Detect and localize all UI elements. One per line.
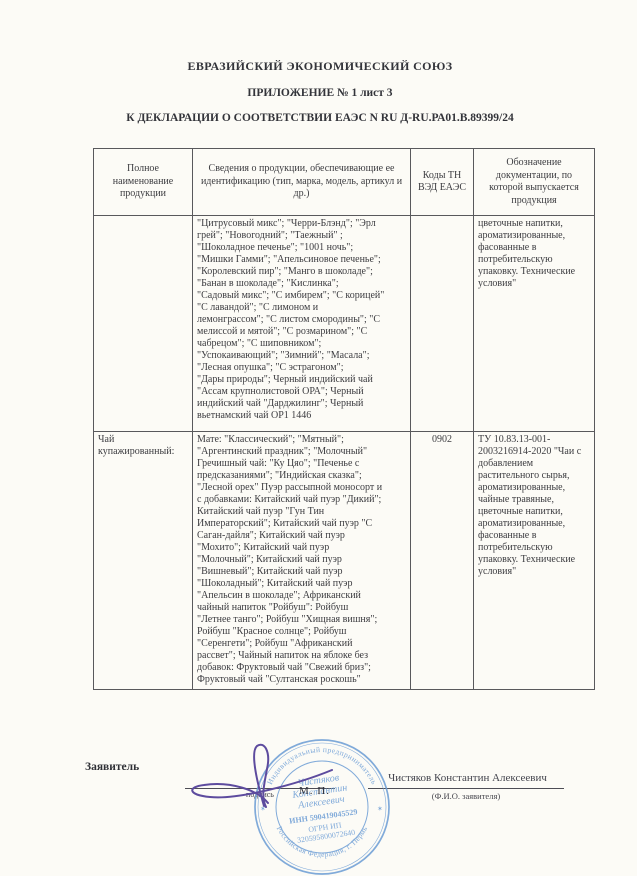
row2-product-name-cell: Чай купажированный: bbox=[94, 432, 193, 690]
document-page: ЕВРАЗИЙСКИЙ ЭКОНОМИЧЕСКИЙ СОЮЗ ПРИЛОЖЕНИ… bbox=[0, 0, 637, 876]
row2-details-cell: Мате: "Классический"; "Мятный"; "Аргенти… bbox=[193, 432, 411, 690]
handwritten-signature bbox=[180, 740, 340, 810]
full-name-caption: (Ф.И.О. заявителя) bbox=[368, 791, 564, 801]
table-row: Чай купажированный: Мате: "Классический"… bbox=[94, 432, 595, 690]
stamp-placeholder-label: М. П. bbox=[299, 785, 330, 797]
stamp-star-right-icon: ✶ bbox=[377, 805, 383, 813]
row2-code-cell: 0902 bbox=[411, 432, 474, 690]
header-documentation: Обозначение документации, по которой вып… bbox=[474, 149, 595, 216]
union-title: ЕВРАЗИЙСКИЙ ЭКОНОМИЧЕСКИЙ СОЮЗ bbox=[40, 59, 600, 74]
table-header-row: Полное наименование продукции Сведения о… bbox=[94, 149, 595, 216]
applicant-label: Заявитель bbox=[85, 761, 139, 773]
header-product-details: Сведения о продукции, обеспечивающие ее … bbox=[193, 149, 411, 216]
table-row: "Цитрусовый микс"; "Черри-Блэнд"; "Эрл г… bbox=[94, 216, 595, 432]
row1-code-cell bbox=[411, 216, 474, 432]
header-tnved-code: Коды ТН ВЭД ЕАЭС bbox=[411, 149, 474, 216]
row2-details-text: Мате: "Классический"; "Мятный"; "Аргенти… bbox=[197, 434, 406, 686]
row1-documentation-cell: цветочные напитки, ароматизированные, фа… bbox=[474, 216, 595, 432]
full-name-line bbox=[368, 788, 564, 789]
row1-details-cell: "Цитрусовый микс"; "Черри-Блэнд"; "Эрл г… bbox=[193, 216, 411, 432]
annex-title: ПРИЛОЖЕНИЕ № 1 лист 3 bbox=[40, 87, 600, 99]
row1-product-name-cell bbox=[94, 216, 193, 432]
declaration-number-title: К ДЕКЛАРАЦИИ О СООТВЕТСТВИИ ЕАЭС N RU Д-… bbox=[40, 112, 600, 124]
products-table: Полное наименование продукции Сведения о… bbox=[93, 148, 595, 690]
row2-documentation-cell: ТУ 10.83.13-001-2003216914-2020 "Чаи с д… bbox=[474, 432, 595, 690]
row1-details-text: "Цитрусовый микс"; "Черри-Блэнд"; "Эрл г… bbox=[197, 218, 406, 422]
header-product-name: Полное наименование продукции bbox=[94, 149, 193, 216]
signature-loop-stroke bbox=[254, 745, 268, 807]
